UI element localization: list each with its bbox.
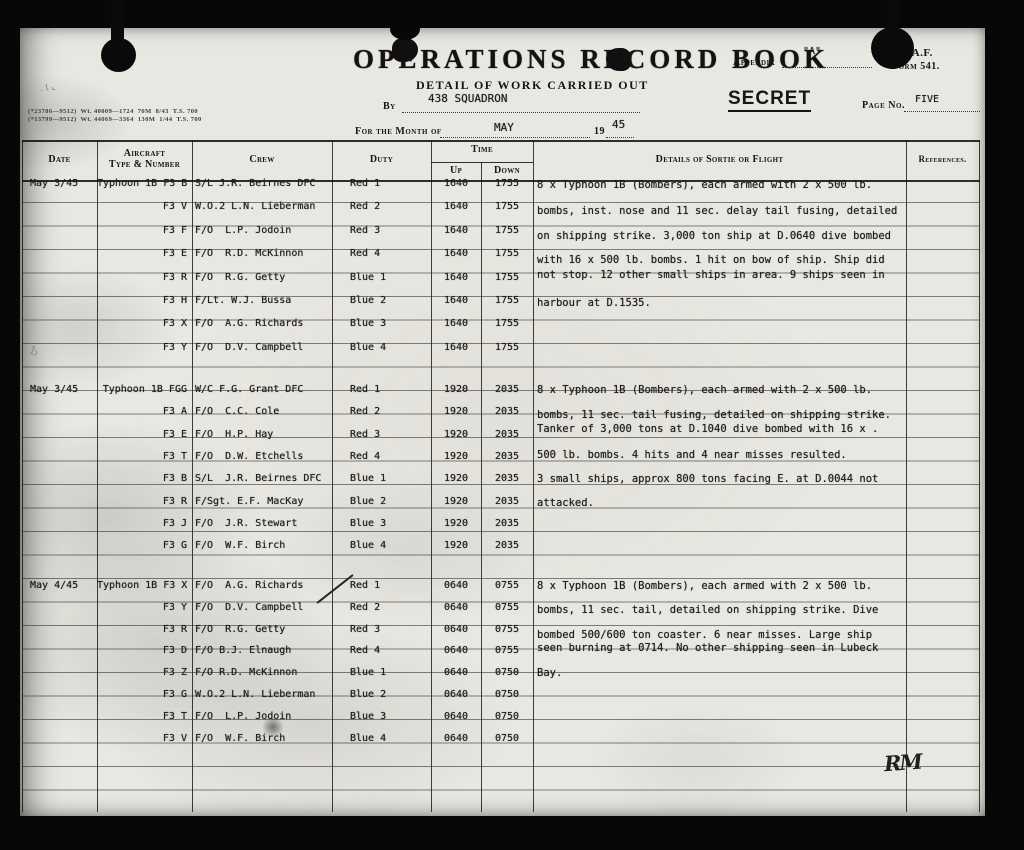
table-row: F3 TF/O L.P. JodoinBlue 306400750	[22, 711, 980, 731]
cell-down: 1755	[481, 201, 533, 212]
page-number-rule	[904, 110, 980, 112]
cell-up: 1640	[431, 178, 481, 189]
cell-aircraft: F3 V	[97, 201, 192, 212]
cell-down: 2035	[481, 384, 533, 395]
cell-crew: F/O D.V. Campbell	[192, 342, 335, 353]
cell-aircraft: F3 A	[97, 406, 192, 417]
cell-up: 1640	[431, 318, 481, 329]
cell-aircraft: F3 R	[97, 496, 192, 507]
table-row: F3 YF/O D.V. CampbellBlue 416401755	[22, 342, 980, 362]
cell-down: 0750	[481, 667, 533, 678]
cell-duty: Red 1	[332, 384, 431, 395]
cell-duty: Blue 4	[332, 540, 431, 551]
cell-crew: F/O H.P. Hay	[192, 429, 335, 440]
details-line: 8 x Typhoon 1B (Bombers), each armed wit…	[537, 580, 909, 592]
cell-down: 2035	[481, 518, 533, 529]
cell-up: 0640	[431, 624, 481, 635]
details-line: Bay.	[537, 667, 909, 679]
cell-aircraft: F3 V	[97, 733, 192, 744]
details-line: not stop. 12 other small ships in area. …	[537, 269, 909, 281]
cell-down: 1755	[481, 225, 533, 236]
signature: RM	[883, 749, 921, 776]
cell-aircraft: Typhoon 1B F3 B	[97, 178, 192, 189]
cell-up: 1920	[431, 406, 481, 417]
cell-aircraft: F3 E	[97, 248, 192, 259]
cell-duty: Blue 2	[332, 496, 431, 507]
cell-duty: Red 2	[332, 406, 431, 417]
pencil-mark: . 1 ⌞	[39, 81, 56, 94]
cell-down: 2035	[481, 429, 533, 440]
cell-crew: W.O.2 L.N. Lieberman	[192, 689, 335, 700]
month-label: For the Month of	[355, 126, 442, 137]
cell-up: 1920	[431, 384, 481, 395]
cell-down: 0755	[481, 602, 533, 613]
cell-duty: Red 3	[332, 624, 431, 635]
cell-aircraft: Typhoon 1B FGG	[97, 384, 192, 395]
cell-down: 1755	[481, 295, 533, 306]
cell-up: 0640	[431, 580, 481, 591]
cell-crew: F/O J.R. Stewart	[192, 518, 335, 529]
cell-aircraft: F3 J	[97, 518, 192, 529]
month-rule	[440, 136, 590, 138]
cell-crew: F/O A.G. Richards	[192, 318, 335, 329]
cell-down: 0755	[481, 580, 533, 591]
cell-up: 1640	[431, 295, 481, 306]
cell-down: 1755	[481, 318, 533, 329]
cell-crew: F/O W.F. Birch	[192, 733, 335, 744]
cell-crew: F/O W.F. Birch	[192, 540, 335, 551]
cell-down: 2035	[481, 451, 533, 462]
cell-down: 2035	[481, 473, 533, 484]
cell-down: 2035	[481, 496, 533, 507]
cell-up: 1920	[431, 518, 481, 529]
cell-up: 0640	[431, 733, 481, 744]
cell-crew: F/Lt. W.J. Bussa	[192, 295, 335, 306]
cell-duty: Red 3	[332, 429, 431, 440]
cell-up: 1920	[431, 496, 481, 507]
cell-crew: F/O L.P. Jodoin	[192, 711, 335, 722]
punch-hole	[871, 27, 914, 69]
month-value: MAY	[494, 121, 514, 134]
details-line: 3 small ships, approx 800 tons facing E.…	[537, 473, 909, 485]
cell-aircraft: F3 T	[97, 711, 192, 722]
details-line: bombs, 11 sec. tail fusing, detailed on …	[537, 409, 909, 421]
cell-duty: Red 2	[332, 602, 431, 613]
page-number-value: FIVE	[915, 94, 939, 105]
appendix-value: "A"	[803, 46, 821, 57]
cell-duty: Blue 4	[332, 342, 431, 353]
cell-duty: Blue 4	[332, 733, 431, 744]
by-label: By	[383, 101, 396, 112]
cell-down: 2035	[481, 406, 533, 417]
cell-aircraft: F3 Y	[97, 342, 192, 353]
cell-aircraft: F3 R	[97, 272, 192, 283]
cell-down: 0750	[481, 733, 533, 744]
details-line: bombs, inst. nose and 11 sec. delay tail…	[537, 205, 909, 217]
cell-duty: Blue 2	[332, 689, 431, 700]
cell-crew: F/O R.G. Getty	[192, 272, 335, 283]
cell-aircraft: F3 G	[97, 540, 192, 551]
scanned-document: OPERATIONS RECORD BOOK Appendix "A" R.A.…	[0, 0, 1024, 850]
table-row: F3 GF/O W.F. BirchBlue 419202035	[22, 540, 980, 560]
cell-down: 1755	[481, 342, 533, 353]
cell-up: 1640	[431, 201, 481, 212]
cell-crew: F/O R.D. McKinnon	[192, 248, 335, 259]
cell-duty: Blue 3	[332, 711, 431, 722]
cell-up: 0640	[431, 602, 481, 613]
by-rule	[402, 111, 640, 113]
cell-down: 0755	[481, 624, 533, 635]
cell-up: 1640	[431, 248, 481, 259]
cell-down: 2035	[481, 540, 533, 551]
cell-crew: S/L J.R. Beirnes DFC	[192, 473, 335, 484]
form-page: OPERATIONS RECORD BOOK Appendix "A" R.A.…	[20, 28, 985, 816]
cell-up: 1920	[431, 429, 481, 440]
print-code-line2: (*13799—9512) Wt. 44069—3364 130M 1/44 T…	[28, 116, 202, 123]
cell-aircraft: F3 D	[97, 645, 192, 656]
cell-date: May 3/45	[22, 384, 105, 395]
squadron-name: 438 SQUADRON	[428, 92, 507, 105]
details-line: harbour at D.1535.	[537, 297, 909, 309]
details-line: with 16 x 500 lb. bombs. 1 hit on bow of…	[537, 254, 909, 266]
cell-crew: W/C F.G. Grant DFC	[192, 384, 335, 395]
cell-crew: F/O D.W. Etchells	[192, 451, 335, 462]
cell-aircraft: F3 T	[97, 451, 192, 462]
cell-aircraft: F3 G	[97, 689, 192, 700]
cell-duty: Red 4	[332, 248, 431, 259]
details-line: 8 x Typhoon 1B (Bombers), each armed wit…	[537, 179, 909, 191]
appendix-rule	[782, 66, 872, 68]
details-line: bombs, 11 sec. tail, detailed on shippin…	[537, 604, 909, 616]
cell-aircraft: F3 Z	[97, 667, 192, 678]
punch-hole	[101, 38, 136, 72]
cell-up: 1920	[431, 540, 481, 551]
details-line: bombed 500/600 ton coaster. 6 near misse…	[537, 629, 909, 641]
cell-up: 0640	[431, 711, 481, 722]
cell-duty: Red 2	[332, 201, 431, 212]
table-body: May 3/45Typhoon 1B F3 BS/L J.R. Beirnes …	[22, 140, 980, 812]
cell-down: 1755	[481, 178, 533, 189]
table-row: F3 JF/O J.R. StewartBlue 319202035	[22, 518, 980, 538]
year-printed: 19	[594, 126, 605, 137]
cell-date: May 3/45	[22, 178, 105, 189]
details-line: seen burning at 0714. No other shipping …	[537, 642, 909, 654]
cell-duty: Blue 3	[332, 518, 431, 529]
cell-crew: F/O C.C. Cole	[192, 406, 335, 417]
cell-duty: Red 1	[332, 178, 431, 189]
cell-duty: Blue 3	[332, 318, 431, 329]
cell-down: 0750	[481, 711, 533, 722]
cell-up: 1640	[431, 225, 481, 236]
ink-blob	[606, 48, 631, 71]
details-line: 8 x Typhoon 1B (Bombers), each armed wit…	[537, 384, 909, 396]
cell-duty: Blue 1	[332, 473, 431, 484]
cell-crew: F/O A.G. Richards	[192, 580, 335, 591]
cell-duty: Red 4	[332, 645, 431, 656]
year-value: 45	[612, 118, 625, 131]
cell-aircraft: F3 F	[97, 225, 192, 236]
print-code-line1: (*23786—9512) Wt. 40009—1724 70M 8/43 T.…	[28, 108, 198, 115]
cell-up: 1640	[431, 272, 481, 283]
cell-crew: W.O.2 L.N. Lieberman	[192, 201, 335, 212]
cell-crew: F/O B.J. Elnaugh	[192, 645, 335, 656]
cell-duty: Blue 1	[332, 667, 431, 678]
frame-bump	[0, 30, 14, 90]
cell-aircraft: F3 X	[97, 318, 192, 329]
details-line: on shipping strike. 3,000 ton ship at D.…	[537, 230, 909, 242]
cell-up: 0640	[431, 645, 481, 656]
cell-aircraft: Typhoon 1B F3 X	[97, 580, 192, 591]
cell-duty: Red 1	[332, 580, 431, 591]
cell-down: 0750	[481, 689, 533, 700]
cell-duty: Blue 1	[332, 272, 431, 283]
cell-date: May 4/45	[22, 580, 105, 591]
details-line: attacked.	[537, 497, 909, 509]
cell-aircraft: F3 H	[97, 295, 192, 306]
cell-crew: F/Sgt. E.F. MacKay	[192, 496, 335, 507]
appendix-label: Appendix	[733, 57, 775, 68]
frame-bump	[390, 18, 420, 40]
cell-aircraft: F3 E	[97, 429, 192, 440]
cell-duty: Blue 2	[332, 295, 431, 306]
details-line: Tanker of 3,000 tons at D.1040 dive bomb…	[537, 423, 909, 435]
cell-up: 0640	[431, 667, 481, 678]
cell-crew: F/O D.V. Campbell	[192, 602, 335, 613]
cell-down: 1755	[481, 272, 533, 283]
cell-down: 0755	[481, 645, 533, 656]
cell-aircraft: F3 R	[97, 624, 192, 635]
cell-up: 1920	[431, 451, 481, 462]
cell-crew: F/O R.D. McKinnon	[192, 667, 335, 678]
year-rule	[606, 136, 634, 138]
cell-up: 0640	[431, 689, 481, 700]
cell-crew: S/L J.R. Beirnes DFC	[192, 178, 335, 189]
table-row: F3 XF/O A.G. RichardsBlue 316401755	[22, 318, 980, 338]
table-row: F3 GW.O.2 L.N. LiebermanBlue 206400750	[22, 689, 980, 709]
page-number-label: Page No.	[862, 100, 905, 111]
cell-crew: F/O L.P. Jodoin	[192, 225, 335, 236]
subtitle: DETAIL OF WORK CARRIED OUT	[416, 78, 649, 93]
cell-aircraft: F3 B	[97, 473, 192, 484]
cell-aircraft: F3 Y	[97, 602, 192, 613]
cell-up: 1640	[431, 342, 481, 353]
secret-stamp: SECRET	[728, 88, 811, 112]
table-row: F3 VF/O W.F. BirchBlue 406400750	[22, 733, 980, 753]
cell-crew: F/O R.G. Getty	[192, 624, 335, 635]
cell-duty: Red 3	[332, 225, 431, 236]
cell-duty: Red 4	[332, 451, 431, 462]
sortie-table: Date Aircraft Type & Number Crew Duty Ti…	[22, 140, 980, 812]
cell-down: 1755	[481, 248, 533, 259]
details-line: 500 lb. bombs. 4 hits and 4 near misses …	[537, 449, 909, 461]
cell-up: 1920	[431, 473, 481, 484]
